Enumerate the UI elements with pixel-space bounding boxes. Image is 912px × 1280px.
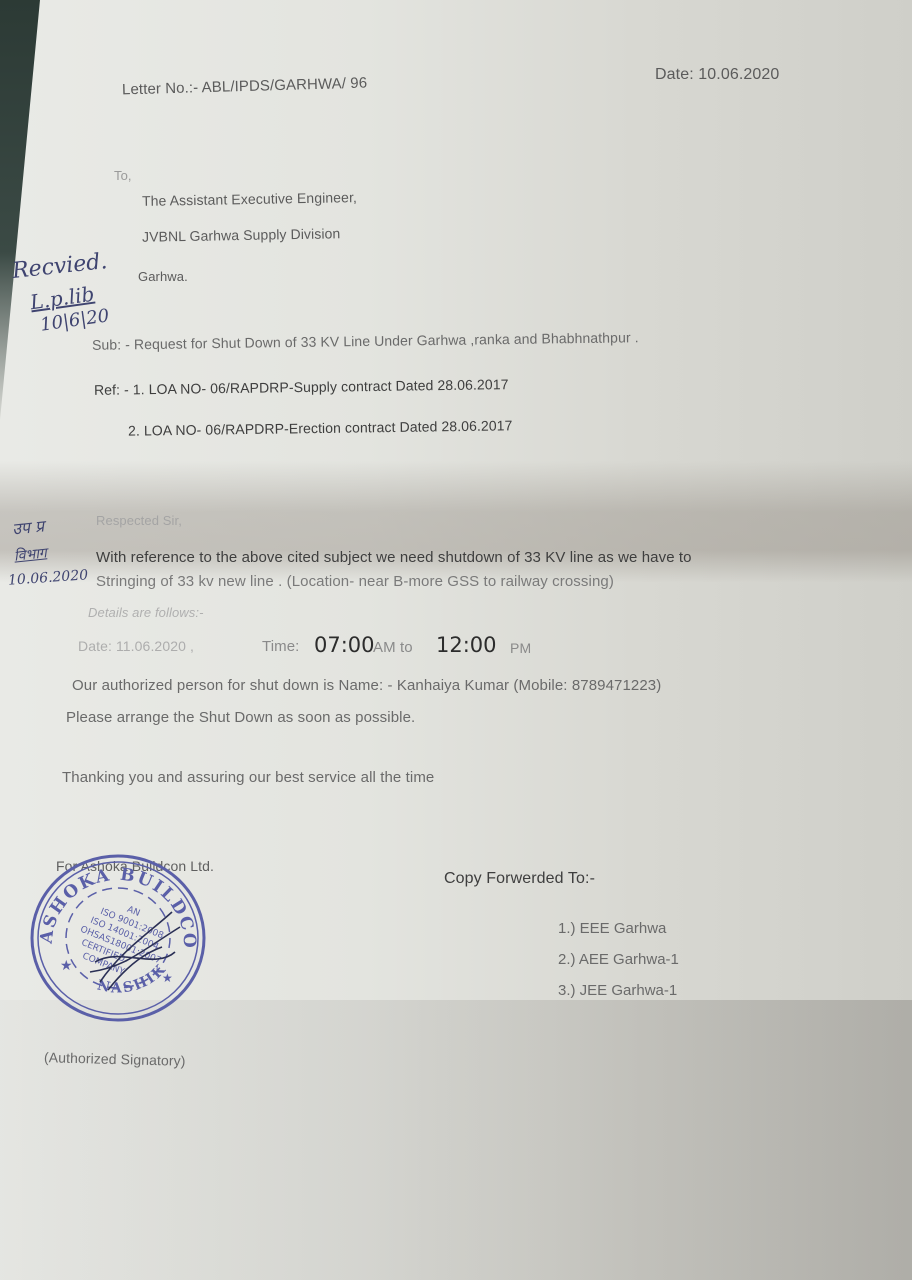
body-line-1: With reference to the above cited subjec… xyxy=(96,549,692,566)
copy-forwarded-item: 3.) JEE Garhwa-1 xyxy=(558,982,677,999)
paper-shadow xyxy=(0,1000,912,1280)
time-from-suffix: AM to xyxy=(373,639,413,656)
shutdown-date: Date: 11.06.2020 , xyxy=(78,638,194,654)
authorized-person: Our authorized person for shut down is N… xyxy=(72,677,661,694)
company-stamp: ASHOKA BUILDCON LIMITED NASHIK AN ISO 90… xyxy=(30,852,206,1024)
to-label: To, xyxy=(114,168,132,183)
letter-date: Date: 10.06.2020 xyxy=(655,66,779,84)
time-to-handwritten: 12:00 xyxy=(436,633,497,657)
copy-forwarded-label: Copy Forwerded To:- xyxy=(444,870,595,888)
copy-forwarded-item: 1.) EEE Garhwa xyxy=(558,920,666,937)
stamp-star-icon: ★ xyxy=(162,971,173,985)
salutation: Respected Sir, xyxy=(96,513,182,528)
handwritten-hindi-line-2: विभाग xyxy=(13,543,48,565)
stamp-star-icon: ★ xyxy=(60,957,73,973)
time-label: Time: xyxy=(262,638,299,655)
time-from-handwritten: 07:00 xyxy=(314,633,375,657)
recipient-line-3: Garhwa. xyxy=(138,269,188,284)
request-line: Please arrange the Shut Down as soon as … xyxy=(66,709,415,726)
body-line-2: Stringing of 33 kv new line . (Location-… xyxy=(96,573,614,590)
closing-line: Thanking you and assuring our best servi… xyxy=(62,769,434,786)
time-to-suffix: PM xyxy=(510,640,531,656)
handwritten-hindi-line-1: उप प्र xyxy=(11,514,45,539)
copy-forwarded-item: 2.) AEE Garhwa-1 xyxy=(558,951,679,968)
details-label: Details are follows:- xyxy=(88,605,204,620)
